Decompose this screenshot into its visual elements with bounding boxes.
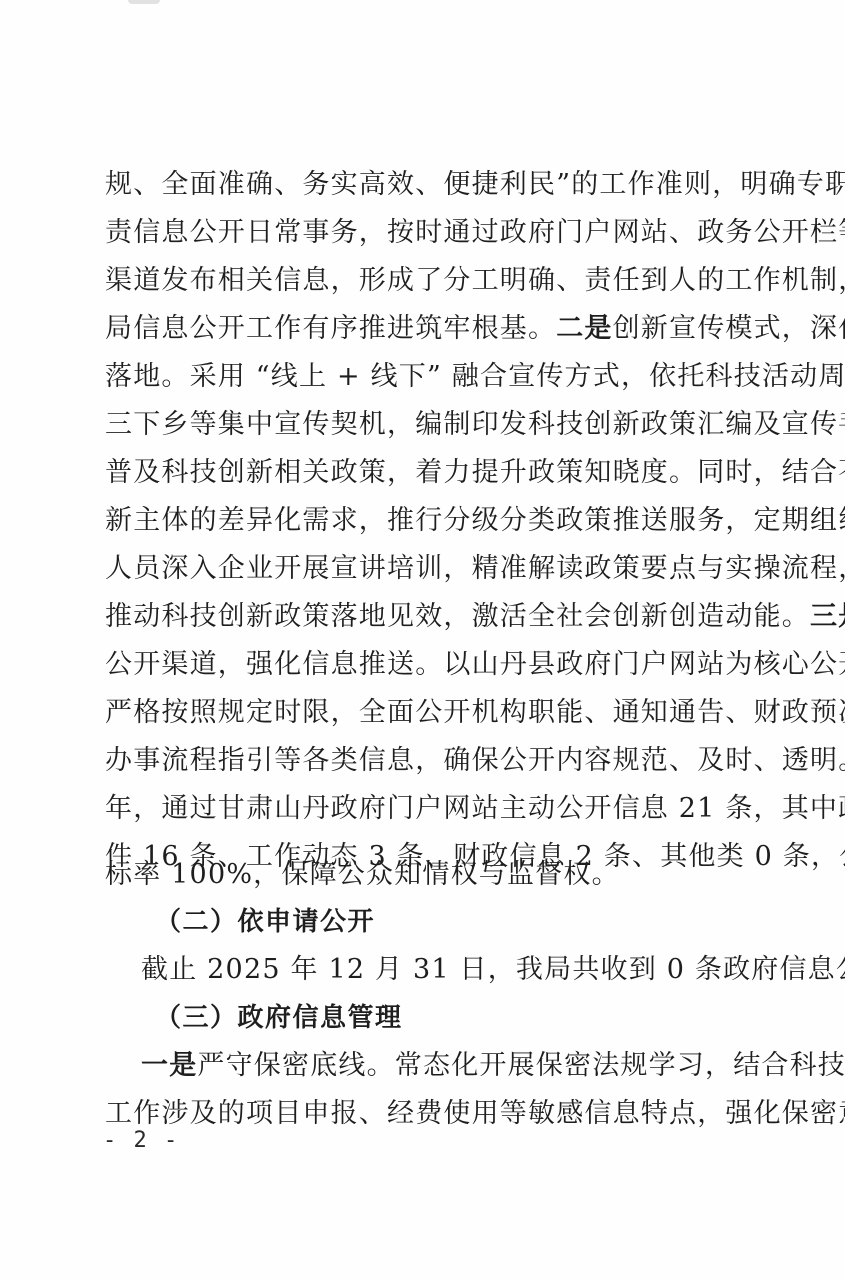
text-run: 创新宣传模式，深化政策 [613,313,845,344]
paragraph-line: 三下乡等集中宣传契机，编制印发科技创新政策汇编及宣传手册， [105,401,733,449]
document-page: 规、全面准确、务实高效、便捷利民”的工作准则，明确专职人员负 责信息公开日常事务… [0,0,845,1279]
paragraph-line: 责信息公开日常事务，按时通过政府门户网站、政务公开栏等官方 [105,209,733,257]
paragraph-line: 年，通过甘肃山丹政府门户网站主动公开信息 21 条，其中政策文 [105,785,733,833]
paragraph-line: 一是严守保密底线。常态化开展保密法规学习，结合科技创新 [141,1042,733,1090]
paragraph-line: 渠道发布相关信息，形成了分工明确、责任到人的工作机制，为全 [105,257,733,305]
paragraph-line: 落地。采用 “线上 + 线下” 融合宣传方式，依托科技活动周、科技 [105,353,733,401]
text-run: 推动科技创新政策落地见效，激活全社会创新创造动能。 [105,601,810,632]
paragraph-line: 公开渠道，强化信息推送。以山丹县政府门户网站为核心公开平台， [105,641,733,689]
paragraph-line-last: 标率 100%，保障公众知情权与监督权。 [105,851,745,899]
paragraph-line: 新主体的差异化需求，推行分级分类政策推送服务，定期组织工作 [105,497,733,545]
section-heading-management: （三）政府信息管理 [155,994,795,1042]
paragraph-line: 局信息公开工作有序推进筑牢根基。二是创新宣传模式，深化政策 [105,305,733,353]
section-body-apply: 截止 2025 年 12 月 31 日，我局共收到 0 条政府信息公开申请。 [141,946,733,994]
section-heading-apply: （二）依申请公开 [155,898,795,946]
bold-lead: 三是 [810,601,845,632]
paragraph-line: 普及科技创新相关政策，着力提升政策知晓度。同时，结合不同创 [105,449,733,497]
paragraph-line: 规、全面准确、务实高效、便捷利民”的工作准则，明确专职人员负 [105,161,733,209]
text-run: 严守保密底线。常态化开展保密法规学习，结合科技创新 [197,1050,845,1081]
scan-mark [128,0,160,4]
paragraph-line: 严格按照规定时限，全面公开机构职能、通知通告、财政预决算、 [105,689,733,737]
text-run: 局信息公开工作有序推进筑牢根基。 [105,313,556,344]
page-number: - 2 - [103,1128,179,1153]
paragraph-line: 人员深入企业开展宣讲培训，精准解读政策要点与实操流程，切实 [105,545,733,593]
paragraph-line: 工作涉及的项目申报、经费使用等敏感信息特点，强化保密意识与 [105,1090,733,1138]
paragraph-line: 办事流程指引等各类信息，确保公开内容规范、及时、透明。2025 [105,737,733,785]
bold-lead: 一是 [141,1050,197,1081]
bold-lead: 二是 [556,313,612,344]
paragraph-line: 推动科技创新政策落地见效，激活全社会创新创造动能。三是拓宽 [105,593,733,641]
